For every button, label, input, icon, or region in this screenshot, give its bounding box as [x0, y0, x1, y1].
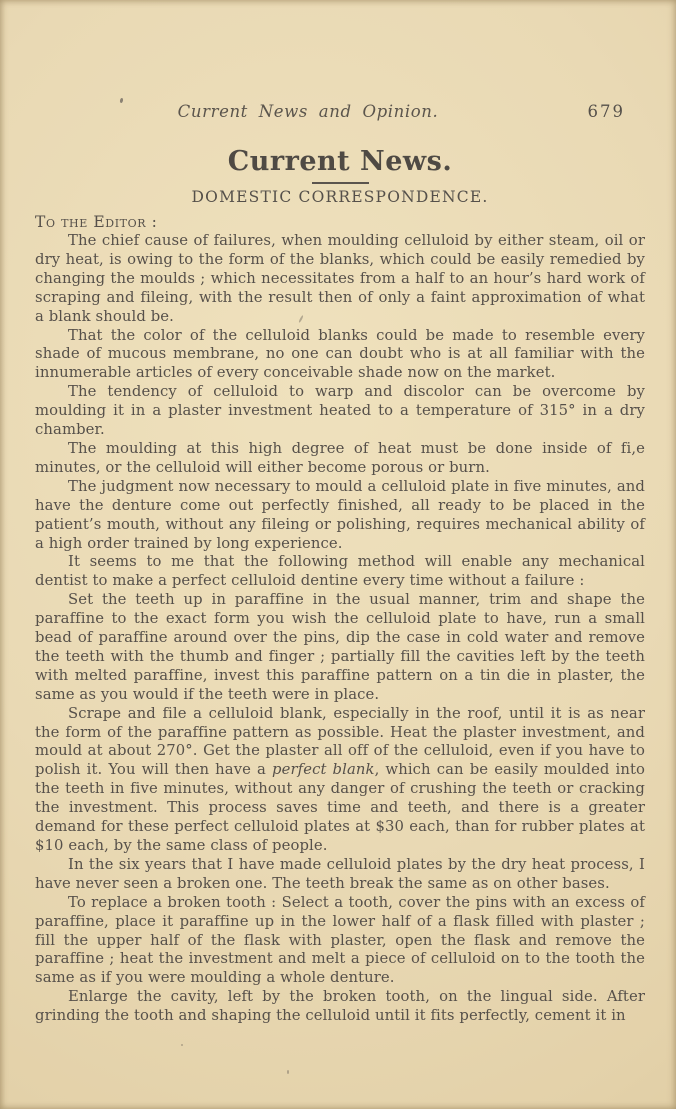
article-body: The chief cause of failures, when mouldi…: [35, 232, 645, 1026]
paragraph: It seems to me that the following method…: [35, 553, 645, 591]
paragraph: To replace a broken tooth : Select a too…: [35, 894, 645, 989]
subsection-title: DOMESTIC CORRESPONDENCE.: [35, 188, 645, 207]
title-divider-rule: [312, 182, 369, 184]
paragraph: Enlarge the cavity, left by the broken t…: [35, 988, 645, 1026]
paragraph: Scrape and file a celluloid blank, espec…: [35, 705, 645, 856]
scanned-book-page: Current News and Opinion. 679 Current Ne…: [0, 0, 676, 1109]
paragraph: In the six years that I have made cellul…: [35, 856, 645, 894]
page-number: 679: [588, 101, 626, 123]
running-head: Current News and Opinion. 679: [35, 0, 645, 123]
paragraph: The tendency of celluloid to warp and di…: [35, 383, 645, 440]
paragraph: Set the teeth up in paraffine in the usu…: [35, 591, 645, 704]
ink-speck: [287, 1070, 289, 1074]
section-title: Current News.: [35, 147, 645, 177]
paragraph: That the color of the celluloid blanks c…: [35, 327, 645, 384]
ink-speck: [181, 1044, 183, 1046]
paragraph: The judgment now necessary to mould a ce…: [35, 478, 645, 554]
paragraph: The chief cause of failures, when mouldi…: [35, 232, 645, 327]
page-content: Current News and Opinion. 679 Current Ne…: [0, 0, 676, 1026]
running-head-title: Current News and Opinion.: [178, 101, 439, 123]
salutation: To the Editor :: [35, 213, 645, 232]
paragraph: The moulding at this high degree of heat…: [35, 440, 645, 478]
